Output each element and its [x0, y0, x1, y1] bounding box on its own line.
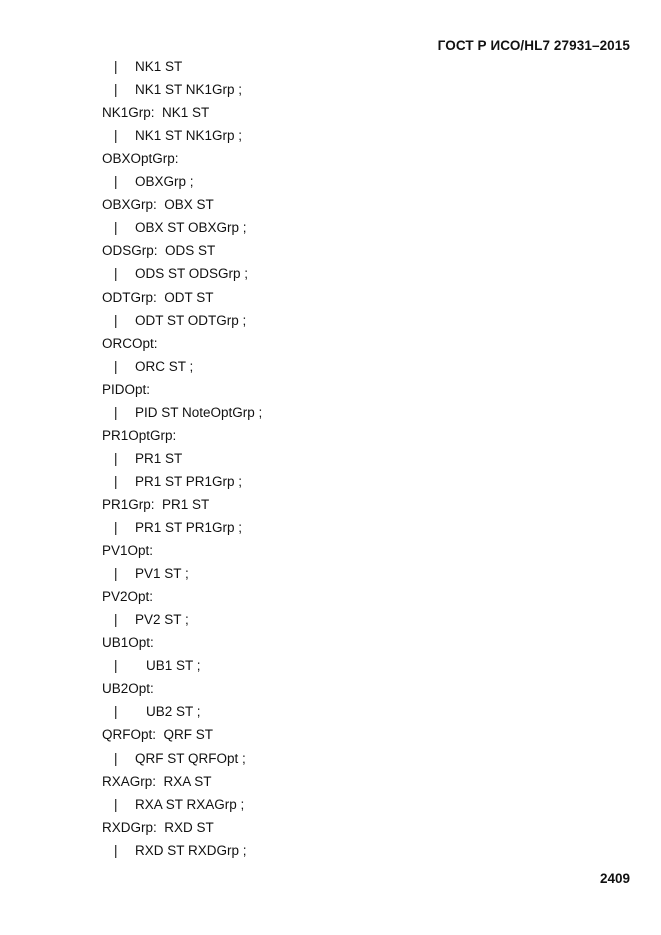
alternative-bar: | [114, 474, 118, 489]
grammar-rule-line: RXAGrp: RXA ST [102, 774, 212, 794]
grammar-rule-line: OBXGrp: OBX ST [102, 197, 214, 217]
alternative-text: RXA ST RXAGrp ; [135, 797, 244, 812]
alternative-bar: | [114, 704, 118, 719]
alternative-bar: | [114, 128, 118, 143]
alternative-bar: | [114, 797, 118, 812]
alternative-text: NK1 ST NK1Grp ; [135, 128, 242, 143]
alternative-bar: | [114, 220, 118, 235]
alternative-bar: | [114, 266, 118, 281]
alternative-bar: | [114, 751, 118, 766]
page-number: 2409 [600, 871, 630, 886]
grammar-rule-line: PR1Grp: PR1 ST [102, 497, 209, 517]
alternative-text: ODS ST ODSGrp ; [135, 266, 248, 281]
alternative-text: NK1 ST [135, 59, 182, 74]
grammar-rule-line: PR1OptGrp: [102, 428, 176, 448]
alternative-text: PR1 ST PR1Grp ; [135, 474, 242, 489]
alternative-text: PR1 ST PR1Grp ; [135, 520, 242, 535]
alternative-bar: | [114, 658, 118, 673]
alternative-bar: | [114, 520, 118, 535]
grammar-rule-line: OBXOptGrp: [102, 151, 179, 171]
alternative-text: ODT ST ODTGrp ; [135, 313, 246, 328]
grammar-rule-line: PIDOpt: [102, 382, 150, 402]
alternative-text: OBXGrp ; [135, 174, 194, 189]
alternative-bar: | [114, 59, 118, 74]
alternative-bar: | [114, 313, 118, 328]
grammar-rule-line: ORCOpt: [102, 336, 158, 356]
alternative-text: RXD ST RXDGrp ; [135, 843, 247, 858]
alternative-bar: | [114, 359, 118, 374]
alternative-text: OBX ST OBXGrp ; [135, 220, 247, 235]
grammar-rule-line: QRFOpt: QRF ST [102, 727, 213, 747]
alternative-bar: | [114, 405, 118, 420]
grammar-rule-line: NK1Grp: NK1 ST [102, 105, 209, 125]
alternative-text: PR1 ST [135, 451, 182, 466]
grammar-rule-line: UB2Opt: [102, 681, 154, 701]
alternative-bar: | [114, 612, 118, 627]
grammar-rule-line: ODTGrp: ODT ST [102, 290, 214, 310]
grammar-rule-line: ODSGrp: ODS ST [102, 243, 215, 263]
alternative-text: ORC ST ; [135, 359, 193, 374]
alternative-bar: | [114, 566, 118, 581]
alternative-text: UB2 ST ; [146, 704, 201, 719]
alternative-text: QRF ST QRFOpt ; [135, 751, 246, 766]
alternative-text: PV2 ST ; [135, 612, 189, 627]
document-header-standard: ГОСТ Р ИСО/HL7 27931–2015 [438, 38, 630, 53]
alternative-bar: | [114, 843, 118, 858]
alternative-bar: | [114, 174, 118, 189]
alternative-text: PV1 ST ; [135, 566, 189, 581]
grammar-rule-line: PV2Opt: [102, 589, 153, 609]
alternative-bar: | [114, 82, 118, 97]
grammar-rule-line: RXDGrp: RXD ST [102, 820, 214, 840]
alternative-text: PID ST NoteOptGrp ; [135, 405, 262, 420]
alternative-text: NK1 ST NK1Grp ; [135, 82, 242, 97]
grammar-rule-line: UB1Opt: [102, 635, 154, 655]
grammar-rule-line: PV1Opt: [102, 543, 153, 563]
alternative-text: UB1 ST ; [146, 658, 201, 673]
alternative-bar: | [114, 451, 118, 466]
